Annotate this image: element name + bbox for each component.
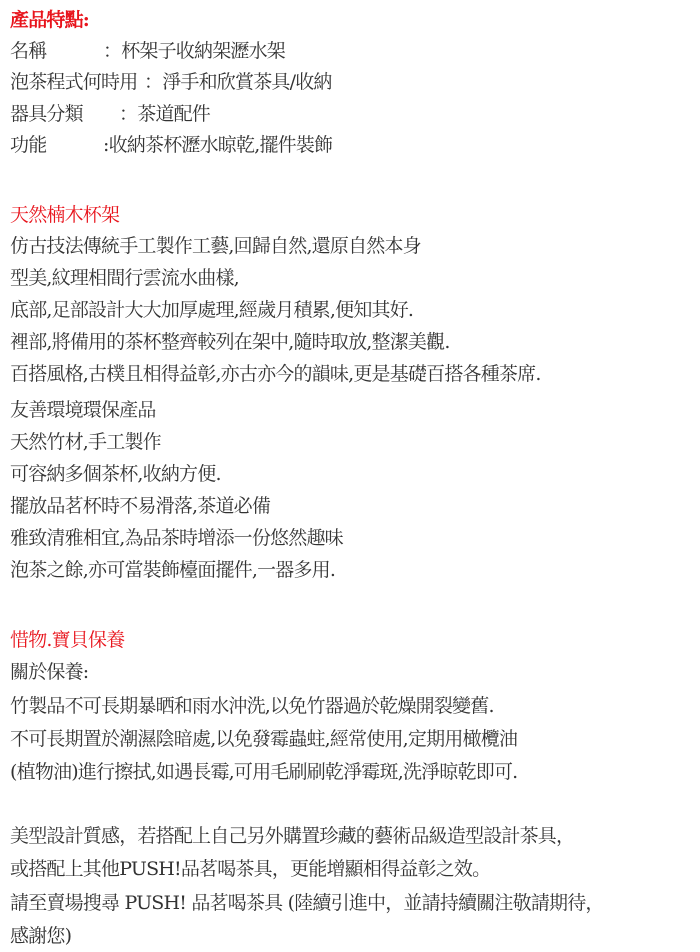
care-line: (植物油)進行擦拭,如遇長霉,可用毛刷刷乾淨霉斑,洗淨晾乾即可. [10,760,517,784]
material-line: 泡茶之餘,亦可當裝飾檯面擺件,一器多用. [10,558,335,582]
material-line: 雅致清雅相宜,為品茶時增添一份悠然趣味 [10,526,343,550]
feature-label: 器具分類 [10,102,83,126]
material-line: 仿古技法傳統手工製作工藝,回歸自然,還原自然本身 [10,234,421,258]
promo-line: 感謝您) [10,924,71,948]
feature-row-category: 器具分類 ：茶道配件 [10,102,83,126]
material-line: 裡部,將備用的茶杯整齊較列在架中,隨時取放,整潔美觀. [10,330,450,354]
material-heading: 天然楠木杯架 [10,203,119,227]
feature-value: ：茶道配件 [119,102,210,126]
promo-line: 美型設計質感，若搭配上自己另外購置珍藏的藝術品級造型設計茶具， [10,824,574,848]
material-line: 百搭風格,古樸且相得益彰,亦古亦今的韻味,更是基礎百搭各種茶席. [10,362,541,386]
feature-value: :收納茶杯瀝水晾乾,擺件裝飾 [103,133,332,157]
material-line: 天然竹材,手工製作 [10,430,161,454]
material-line: 底部,足部設計大大加厚處理,經歲月積累,便知其好. [10,298,413,322]
feature-label: 功能 [10,133,46,157]
promo-line: 請至賣場搜尋 PUSH! 品茗喝茶具 (陸續引進中，並請持續關注敬請期待， [10,891,604,915]
feature-value: ：杯架子收納架瀝水架 [103,39,285,63]
material-line: 友善環境環保產品 [10,398,156,422]
care-line: 竹製品不可長期暴晒和雨水沖洗,以免竹器過於乾燥開裂變舊. [10,694,494,718]
care-heading: 惜物.寶貝保養 [10,628,124,652]
material-line: 可容納多個茶杯,收納方便. [10,462,221,486]
care-line: 關於保養: [10,660,88,684]
feature-row-name: 名稱 ：杯架子收納架瀝水架 [10,39,46,63]
material-line: 擺放品茗杯時不易滑落,茶道必備 [10,494,270,518]
care-line: 不可長期置於潮濕陰暗處,以免發霉蟲蛀,經常使用,定期用橄欖油 [10,727,517,751]
promo-line: 或搭配上其他PUSH!品茗喝茶具，更能增顯相得益彰之效。 [10,857,490,881]
feature-value: ：淨手和欣賞茶具/收納 [144,70,332,94]
material-line: 型美,紋理相間行雲流水曲樣, [10,266,239,290]
feature-label: 名稱 [10,39,46,63]
feature-label: 泡茶程式何時用 [10,70,137,94]
feature-row-usage: 泡茶程式何時用 ：淨手和欣賞茶具/收納 [10,70,137,94]
features-heading: 產品特點: [10,8,89,32]
feature-row-function: 功能 :收納茶杯瀝水晾乾,擺件裝飾 [10,133,46,157]
